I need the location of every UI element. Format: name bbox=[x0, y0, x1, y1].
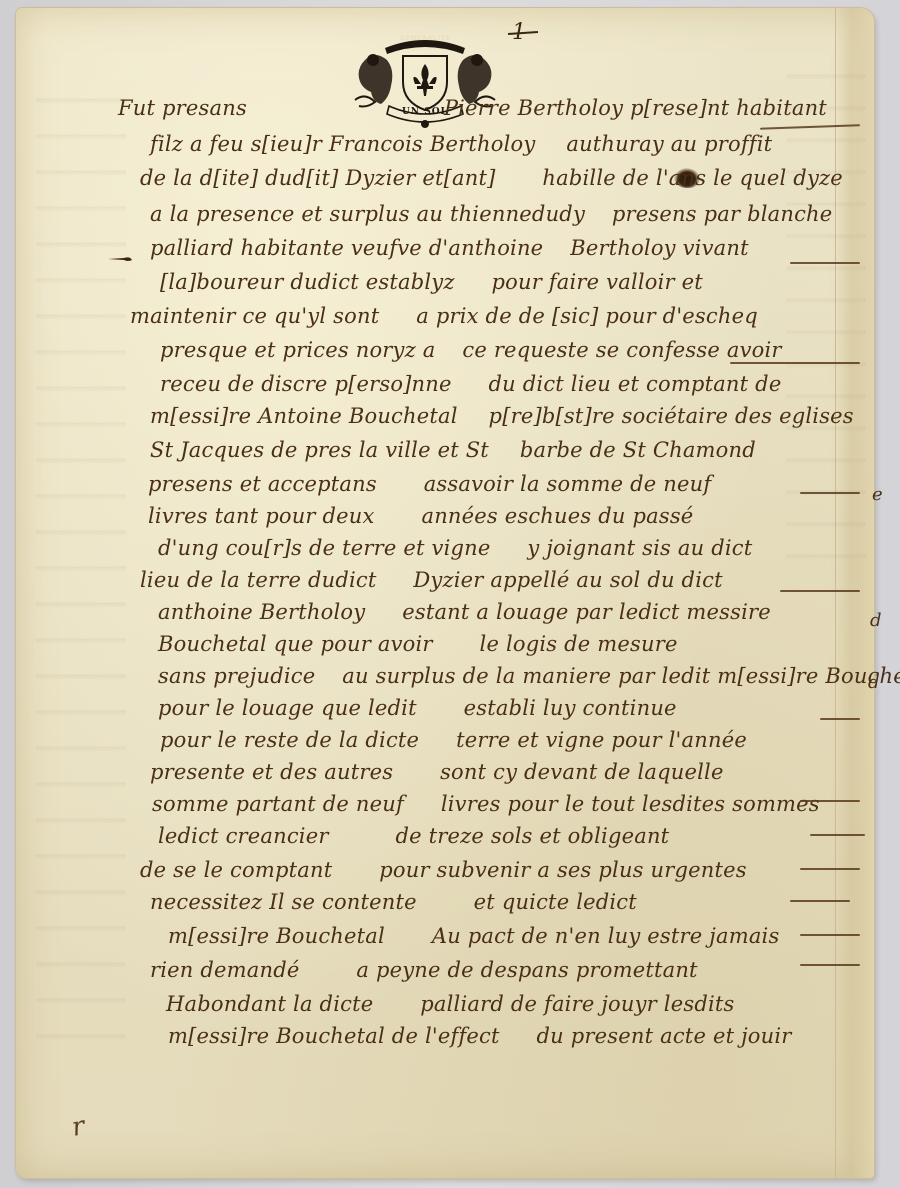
line-text-right: au surplus de la maniere par ledit m[ess… bbox=[342, 664, 900, 688]
line-text-right: assavoir la somme de neuf bbox=[424, 472, 712, 496]
line-text-right: Dyzier appellé au sol du dict bbox=[413, 568, 722, 592]
manuscript-line: lieu de la terre dudict Dyzier appellé a… bbox=[140, 568, 723, 592]
line-text-left: anthoine Bertholoy bbox=[158, 600, 365, 624]
line-text-right: du dict lieu et comptant de bbox=[489, 372, 782, 396]
line-text-right: pour faire valloir et bbox=[491, 270, 702, 294]
manuscript-line: m[essi]re Antoine Bouchetal p[re]b[st]re… bbox=[150, 404, 854, 428]
line-text-left: somme partant de neuf bbox=[152, 792, 404, 816]
line-text-left: pour le reste de la dicte bbox=[160, 728, 419, 752]
line-text-left: m[essi]re Antoine Bouchetal bbox=[150, 404, 458, 428]
line-end-flourish bbox=[820, 718, 860, 720]
stamp-top-label: GENERALITE bbox=[392, 34, 458, 42]
line-end-flourish bbox=[780, 590, 860, 592]
manuscript-line: maintenir ce qu'yl sont a prix de de [si… bbox=[130, 304, 758, 328]
line-text-right: presens par blanche bbox=[612, 202, 833, 226]
line-text-left: rien demandé bbox=[150, 958, 299, 982]
manuscript-line: presens et acceptans assavoir la somme d… bbox=[148, 472, 711, 496]
line-text-left: [la]boureur dudict establyz bbox=[160, 270, 455, 294]
manuscript-line: Habondant la dicte palliard de faire jou… bbox=[166, 992, 735, 1016]
line-text-left: de se le comptant bbox=[140, 858, 332, 882]
line-text-right: barbe de St Chamond bbox=[520, 438, 756, 462]
line-text-right: sont cy devant de laquelle bbox=[440, 760, 724, 784]
line-text-right: terre et vigne pour l'année bbox=[456, 728, 747, 752]
line-text-left: palliard habitante veufve d'anthoine bbox=[150, 236, 543, 260]
line-text-left: pour le louage que ledit bbox=[158, 696, 417, 720]
line-end-flourish bbox=[800, 934, 860, 936]
line-text-right: a prix de de [sic] pour d'escheq bbox=[416, 304, 758, 328]
line-text-left: Bouchetal que pour avoir bbox=[158, 632, 433, 656]
margin-mark: d bbox=[868, 672, 880, 693]
line-text-right: du present acte et jouir bbox=[537, 1024, 792, 1048]
line-text-right: années eschues du passé bbox=[421, 504, 693, 528]
line-end-flourish bbox=[790, 262, 860, 264]
manuscript-line: necessitez Il se contente et quicte ledi… bbox=[150, 890, 637, 914]
line-text-right: p[re]b[st]re sociétaire des eglises bbox=[489, 404, 854, 428]
line-text-left: St Jacques de pres la ville et St bbox=[150, 438, 489, 462]
manuscript-line: pour le louage que ledit establi luy con… bbox=[158, 696, 677, 720]
line-text-left: necessitez Il se contente bbox=[150, 890, 417, 914]
line-text-left: de la d[ite] dud[it] Dyzier et[ant] bbox=[140, 166, 496, 190]
line-text-left: a la presence et surplus au thiennedudy bbox=[150, 202, 585, 226]
manuscript-line: [la]boureur dudict establyz pour faire v… bbox=[160, 270, 703, 294]
line-end-flourish bbox=[790, 900, 850, 902]
manuscript-line: d'ung cou[r]s de terre et vigne y joigna… bbox=[158, 536, 752, 560]
line-end-flourish bbox=[800, 868, 860, 870]
manuscript-line: Fut presans Pierre Bertholoy p[rese]nt h… bbox=[118, 96, 827, 120]
line-text-left: Fut presans bbox=[118, 96, 247, 120]
manuscript-line: sans prejudice au surplus de la maniere … bbox=[158, 664, 900, 688]
line-text-right: Au pact de n'en luy estre jamais bbox=[432, 924, 780, 948]
manuscript-line: de la d[ite] dud[it] Dyzier et[ant] habi… bbox=[140, 166, 843, 190]
manuscript-line: presque et prices noryz a ce requeste se… bbox=[160, 338, 782, 362]
line-text-left: m[essi]re Bouchetal bbox=[168, 924, 385, 948]
folio-number: 1 bbox=[512, 20, 526, 45]
line-text-right: y joignant sis au dict bbox=[527, 536, 752, 560]
line-text-right: Bertholoy vivant bbox=[570, 236, 749, 260]
margin-mark: e bbox=[872, 484, 883, 505]
line-end-flourish bbox=[730, 362, 860, 364]
line-text-right: de treze sols et obligeant bbox=[396, 824, 670, 848]
bleed-through-text-left bbox=[36, 68, 126, 1068]
line-end-flourish bbox=[800, 964, 860, 966]
manuscript-line: de se le comptant pour subvenir a ses pl… bbox=[140, 858, 747, 882]
manuscript-line: Bouchetal que pour avoir le logis de mes… bbox=[158, 632, 678, 656]
line-text-right: livres pour le tout lesdites sommes bbox=[441, 792, 820, 816]
line-text-right: a peyne de despans promettant bbox=[356, 958, 697, 982]
manuscript-line: a la presence et surplus au thiennedudy … bbox=[150, 202, 832, 226]
line-text-right: authuray au proffit bbox=[566, 132, 772, 156]
manuscript-line: presente et des autres sont cy devant de… bbox=[150, 760, 724, 784]
line-text-right: estant a louage par ledict messire bbox=[402, 600, 771, 624]
manuscript-line: ledict creancier de treze sols et oblige… bbox=[158, 824, 669, 848]
manuscript-line: filz a feu s[ieu]r Francois Bertholoy au… bbox=[150, 132, 772, 156]
line-text-left: ledict creancier bbox=[158, 824, 329, 848]
margin-mark: d bbox=[870, 610, 882, 631]
manuscript-line: rien demandé a peyne de despans prometta… bbox=[150, 958, 698, 982]
line-text-left: sans prejudice bbox=[158, 664, 315, 688]
margin-quill-mark-icon bbox=[108, 254, 132, 264]
line-end-flourish bbox=[800, 492, 860, 494]
line-end-flourish bbox=[810, 834, 865, 836]
manuscript-line: St Jacques de pres la ville et St barbe … bbox=[150, 438, 756, 462]
line-text-right: ce requeste se confesse avoir bbox=[462, 338, 781, 362]
manuscript-line: palliard habitante veufve d'anthoine Ber… bbox=[150, 236, 749, 260]
line-text-left: filz a feu s[ieu]r Francois Bertholoy bbox=[150, 132, 535, 156]
line-text-right: Pierre Bertholoy p[rese]nt habitant bbox=[444, 96, 827, 120]
line-text-right: pour subvenir a ses plus urgentes bbox=[379, 858, 747, 882]
line-text-left: d'ung cou[r]s de terre et vigne bbox=[158, 536, 491, 560]
line-text-right: establi luy continue bbox=[464, 696, 677, 720]
line-text-right: habille de l'ans le quel dyze bbox=[542, 166, 842, 190]
manuscript-line: somme partant de neuf livres pour le tou… bbox=[152, 792, 820, 816]
line-text-left: presque et prices noryz a bbox=[160, 338, 435, 362]
line-text-left: m[essi]re Bouchetal de l'effect bbox=[168, 1024, 500, 1048]
manuscript-line: m[essi]re Bouchetal de l'effect du prese… bbox=[168, 1024, 792, 1048]
manuscript-line: receu de discre p[erso]nne du dict lieu … bbox=[160, 372, 781, 396]
manuscript-line: pour le reste de la dicte terre et vigne… bbox=[160, 728, 747, 752]
manuscript-line: m[essi]re Bouchetal Au pact de n'en luy … bbox=[168, 924, 779, 948]
line-text-left: Habondant la dicte bbox=[166, 992, 373, 1016]
line-text-left: receu de discre p[erso]nne bbox=[160, 372, 452, 396]
line-text-right: le logis de mesure bbox=[480, 632, 678, 656]
line-text-right: palliard de faire jouyr lesdits bbox=[420, 992, 734, 1016]
line-text-right: et quicte ledict bbox=[474, 890, 637, 914]
line-end-flourish bbox=[800, 800, 860, 802]
line-text-left: lieu de la terre dudict bbox=[140, 568, 377, 592]
line-text-left: maintenir ce qu'yl sont bbox=[130, 304, 379, 328]
manuscript-line: livres tant pour deux années eschues du … bbox=[148, 504, 693, 528]
line-text-left: livres tant pour deux bbox=[148, 504, 375, 528]
line-text-left: presente et des autres bbox=[150, 760, 393, 784]
line-text-left: presens et acceptans bbox=[148, 472, 377, 496]
manuscript-line: anthoine Bertholoy estant a louage par l… bbox=[158, 600, 771, 624]
